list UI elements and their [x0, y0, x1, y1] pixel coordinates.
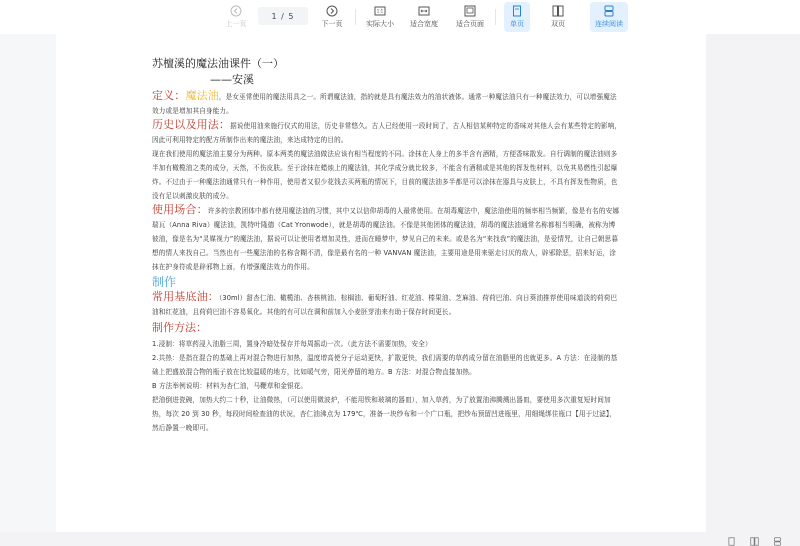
- method-step: B 方法举例说明：材料为杏仁油，马鞭草和金银花。: [152, 379, 622, 393]
- actual-size-icon: 1:1: [374, 5, 386, 17]
- document-author: ——安溪: [152, 72, 622, 88]
- toolbar-divider: [495, 9, 496, 25]
- fit-page-button[interactable]: 适合页面: [452, 2, 488, 32]
- continuous-reading-icon[interactable]: [773, 537, 782, 546]
- continuous-reading-button[interactable]: 连续阅读: [590, 2, 628, 32]
- continuous-reading-icon: [603, 5, 615, 17]
- method-step: 2.共热：是指在混合的基础上再对混合物进行加热，温度增高使分子运动更快，扩散更快…: [152, 351, 622, 379]
- chevron-right-circle-icon: [326, 5, 338, 17]
- definition-heading: 定义：: [152, 89, 185, 102]
- bottom-view-controls: [727, 537, 782, 546]
- single-page-icon[interactable]: [727, 537, 736, 546]
- page-number-input[interactable]: 1 / 5: [258, 7, 308, 25]
- base-oils-text: （30ml）甜杏仁油、橄榄油、杏核桃油、棕榈油、葡萄籽油、红花油、榛果油、芝麻油…: [152, 294, 617, 316]
- prev-page-label: 上一页: [226, 19, 247, 29]
- occasions-paragraph: 使用场合：许多的宗教团体中都有使用魔法油的习惯，其中又以信仰胡毒的人最常使用。在…: [152, 203, 622, 274]
- definition-paragraph: 定义：魔法油，是女巫常使用的魔法用具之一。所谓魔法油，指的就是具有魔法效力的油状…: [152, 89, 622, 118]
- reader-toolbar: 上一页 1 / 5 下一页 1:1 实际大小 适合宽度 适合页面 单页 双页 连…: [0, 0, 800, 34]
- single-page-icon: [511, 5, 523, 17]
- fit-width-icon: [418, 5, 430, 17]
- double-page-button[interactable]: 双页: [545, 2, 571, 32]
- history-paragraph: 历史以及用法：据说使用油来施行仪式的用法，历史非常悠久。古人已经使用一段时间了，…: [152, 118, 622, 147]
- definition-text: ，是女巫常使用的魔法用具之一。所谓魔法油，指的就是具有魔法效力的油状液体。通常一…: [152, 93, 617, 115]
- prev-page-button[interactable]: 上一页: [220, 2, 252, 32]
- document-title: 苏檀溪的魔法油课件（一）: [152, 56, 622, 72]
- next-page-label: 下一页: [322, 19, 343, 29]
- double-page-label: 双页: [551, 19, 565, 29]
- document-viewer[interactable]: 苏檀溪的魔法油课件（一） ——安溪 定义：魔法油，是女巫常使用的魔法用具之一。所…: [0, 34, 800, 546]
- single-page-button[interactable]: 单页: [504, 2, 530, 32]
- history-heading: 历史以及用法：: [152, 118, 230, 131]
- actual-size-label: 实际大小: [366, 19, 394, 29]
- base-oils-heading: 常用基底油：: [152, 290, 219, 303]
- continuous-reading-label: 连续阅读: [595, 19, 623, 29]
- method-step: 把油倒进瓷碗，加热大约二十秒，让油微热，（可以使用微波炉，不能用铁和玻璃的器皿）…: [152, 393, 622, 435]
- fit-page-label: 适合页面: [456, 19, 484, 29]
- definition-term: 魔法油: [185, 89, 218, 102]
- page-content: 苏檀溪的魔法油课件（一） ——安溪 定义：魔法油，是女巫常使用的魔法用具之一。所…: [152, 56, 622, 435]
- method-step: 1.浸制：将草药浸入油脂三周，置身冷暗处保存并每周摇动一次。（此方法不需要加热，…: [152, 337, 622, 351]
- method-heading: 制作方法：: [152, 319, 622, 337]
- occasions-text: 许多的宗教团体中都有使用魔法油的习惯，其中又以信仰胡毒的人最常使用。在胡毒魔法中…: [152, 207, 619, 271]
- bottom-bar: [0, 532, 800, 546]
- document-page: 苏檀溪的魔法油课件（一） ——安溪 定义：魔法油，是女巫常使用的魔法用具之一。所…: [56, 34, 706, 532]
- fit-width-label: 适合宽度: [410, 19, 438, 29]
- making-heading: 制作: [152, 274, 622, 290]
- double-page-icon: [552, 5, 564, 17]
- double-page-icon[interactable]: [750, 537, 759, 546]
- occasions-heading: 使用场合：: [152, 203, 208, 216]
- actual-size-button[interactable]: 1:1 实际大小: [362, 2, 398, 32]
- chevron-left-circle-icon: [230, 5, 242, 17]
- fit-page-icon: [464, 5, 476, 17]
- toolbar-divider: [355, 9, 356, 25]
- history-paragraph-2: 现在我们使用的魔法油主要分为两种。原本两类的魔法油做法应该有相当程度的不同。涂抹…: [152, 147, 622, 203]
- left-margin: [0, 34, 56, 546]
- base-oils-paragraph: 常用基底油：（30ml）甜杏仁油、橄榄油、杏核桃油、棕榈油、葡萄籽油、红花油、榛…: [152, 290, 622, 319]
- single-page-label: 单页: [510, 19, 524, 29]
- next-page-button[interactable]: 下一页: [316, 2, 348, 32]
- fit-width-button[interactable]: 适合宽度: [406, 2, 442, 32]
- svg-text:1:1: 1:1: [377, 9, 384, 14]
